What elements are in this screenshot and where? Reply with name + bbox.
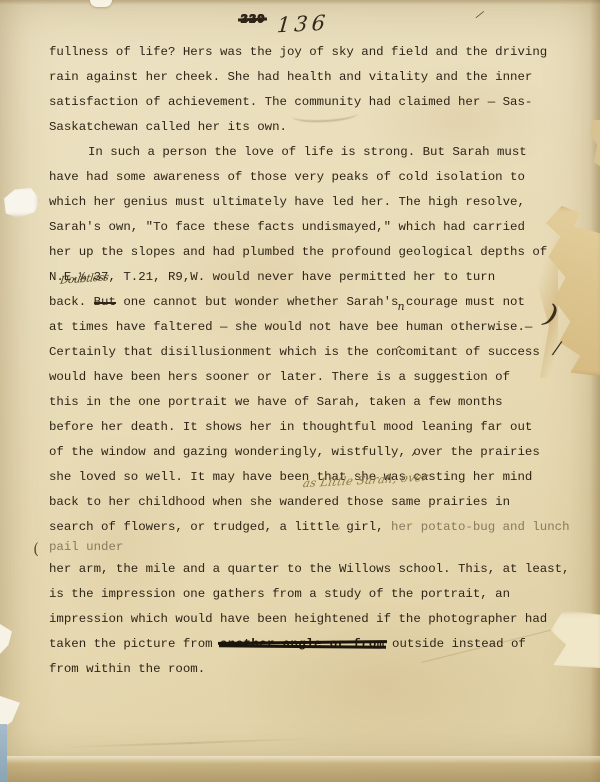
typed-line: have had some awareness of those very pe… [49,165,577,190]
typed-line: Saskatchewan called her its own. [49,115,577,140]
typed-segment: back. [49,295,94,309]
struck-out-phrase: another angle or from [220,637,385,651]
typed-line-with-edit: taken the picture from another angle or … [49,632,577,657]
page-header: 229 136 [240,12,329,36]
typed-segment: human otherwise.— [398,320,532,334]
handwritten-insertion-phrase: as Little Sarah, over [301,465,431,497]
torn-notch [90,0,112,7]
typed-segment: those same prairies in [339,495,510,509]
typed-segment: outside instead of [385,637,526,651]
typed-line: N.E.¼ 37, T.21, R9,W. would never have p… [49,265,577,290]
handwritten-insertion-word: Doubtless [58,265,110,294]
typed-line-with-edit: before her death. It shows her in though… [49,415,577,440]
torn-chip [4,188,40,218]
handwritten-tick-mark: / [476,8,485,21]
typed-line: rain against her cheek. She had health a… [49,65,577,90]
typed-line: of the window and gazing wonderingly, wi… [49,440,577,465]
typed-line: this in the one portrait we have of Sara… [49,390,577,415]
typed-line: which her genius must ultimately have le… [49,190,577,215]
caret-mark: , [337,513,341,538]
handwritten-paren-mark: ( [31,540,40,559]
typed-segment: back to her childhood when she wandered [49,495,339,509]
typed-line: her arm, the mile and a quarter to the W… [49,557,577,582]
torn-edge [586,120,600,166]
paper-edge-bottom [0,756,600,782]
typed-inserted-line: pail under [49,540,577,557]
typed-line-with-edit: search of flowers, or trudged, a little … [49,515,577,540]
typed-page-number-struck: 229 [240,12,265,26]
typed-segment-faded: her potato-bug and lunch [391,520,569,534]
handwritten-inserted-letter: n [397,294,404,319]
typed-line: Certainly that disillusionment which is … [49,340,577,365]
typed-segment: taken the picture from [49,637,220,651]
typed-segment: at times have faltered — she would not h… [49,320,398,334]
typed-line-paragraph-start: In such a person the love of life is str… [49,140,577,165]
handwritten-comma: , [411,438,415,463]
caret-mark: ^ [395,339,403,364]
paper-edge-right [590,0,600,782]
torn-chip [0,696,20,730]
typed-line: fullness of life? Hers was the joy of sk… [49,40,577,65]
struck-out-word: But [94,295,116,309]
typed-segment: one cannot but wonder whether Sarah's co… [116,295,525,309]
typed-line-with-edit: back to her childhood when she wandereda… [49,490,577,515]
typed-line: impression which would have been heighte… [49,607,577,632]
typed-line: satisfaction of achievement. The communi… [49,90,577,115]
typed-line: from within the room. [49,657,577,682]
typed-line: her up the slopes and had plumbed the pr… [49,240,577,265]
paper-crease [60,737,320,748]
handwritten-page-number: 136 [276,11,330,38]
manuscript-page: 229 136 fullness of life? Hers was the j… [0,0,600,782]
typed-line-with-edit: back. DoubtlessBut one cannot but wonder… [49,290,577,315]
typed-line: would have been hers sooner or later. Th… [49,365,577,390]
typed-text-body: fullness of life? Hers was the joy of sk… [49,40,577,682]
typed-line-with-edit: at times have faltered — she would not h… [49,315,577,340]
typed-segment: before her death. It shows her in though… [49,420,413,434]
scan-background-sliver [0,724,7,782]
typed-segment: leaning far out [413,420,532,434]
paper-edge-top [0,0,600,5]
typed-line: is the impression one gathers from a stu… [49,582,577,607]
typed-line: Sarah's own, "To face these facts undism… [49,215,577,240]
torn-chip [0,624,12,654]
